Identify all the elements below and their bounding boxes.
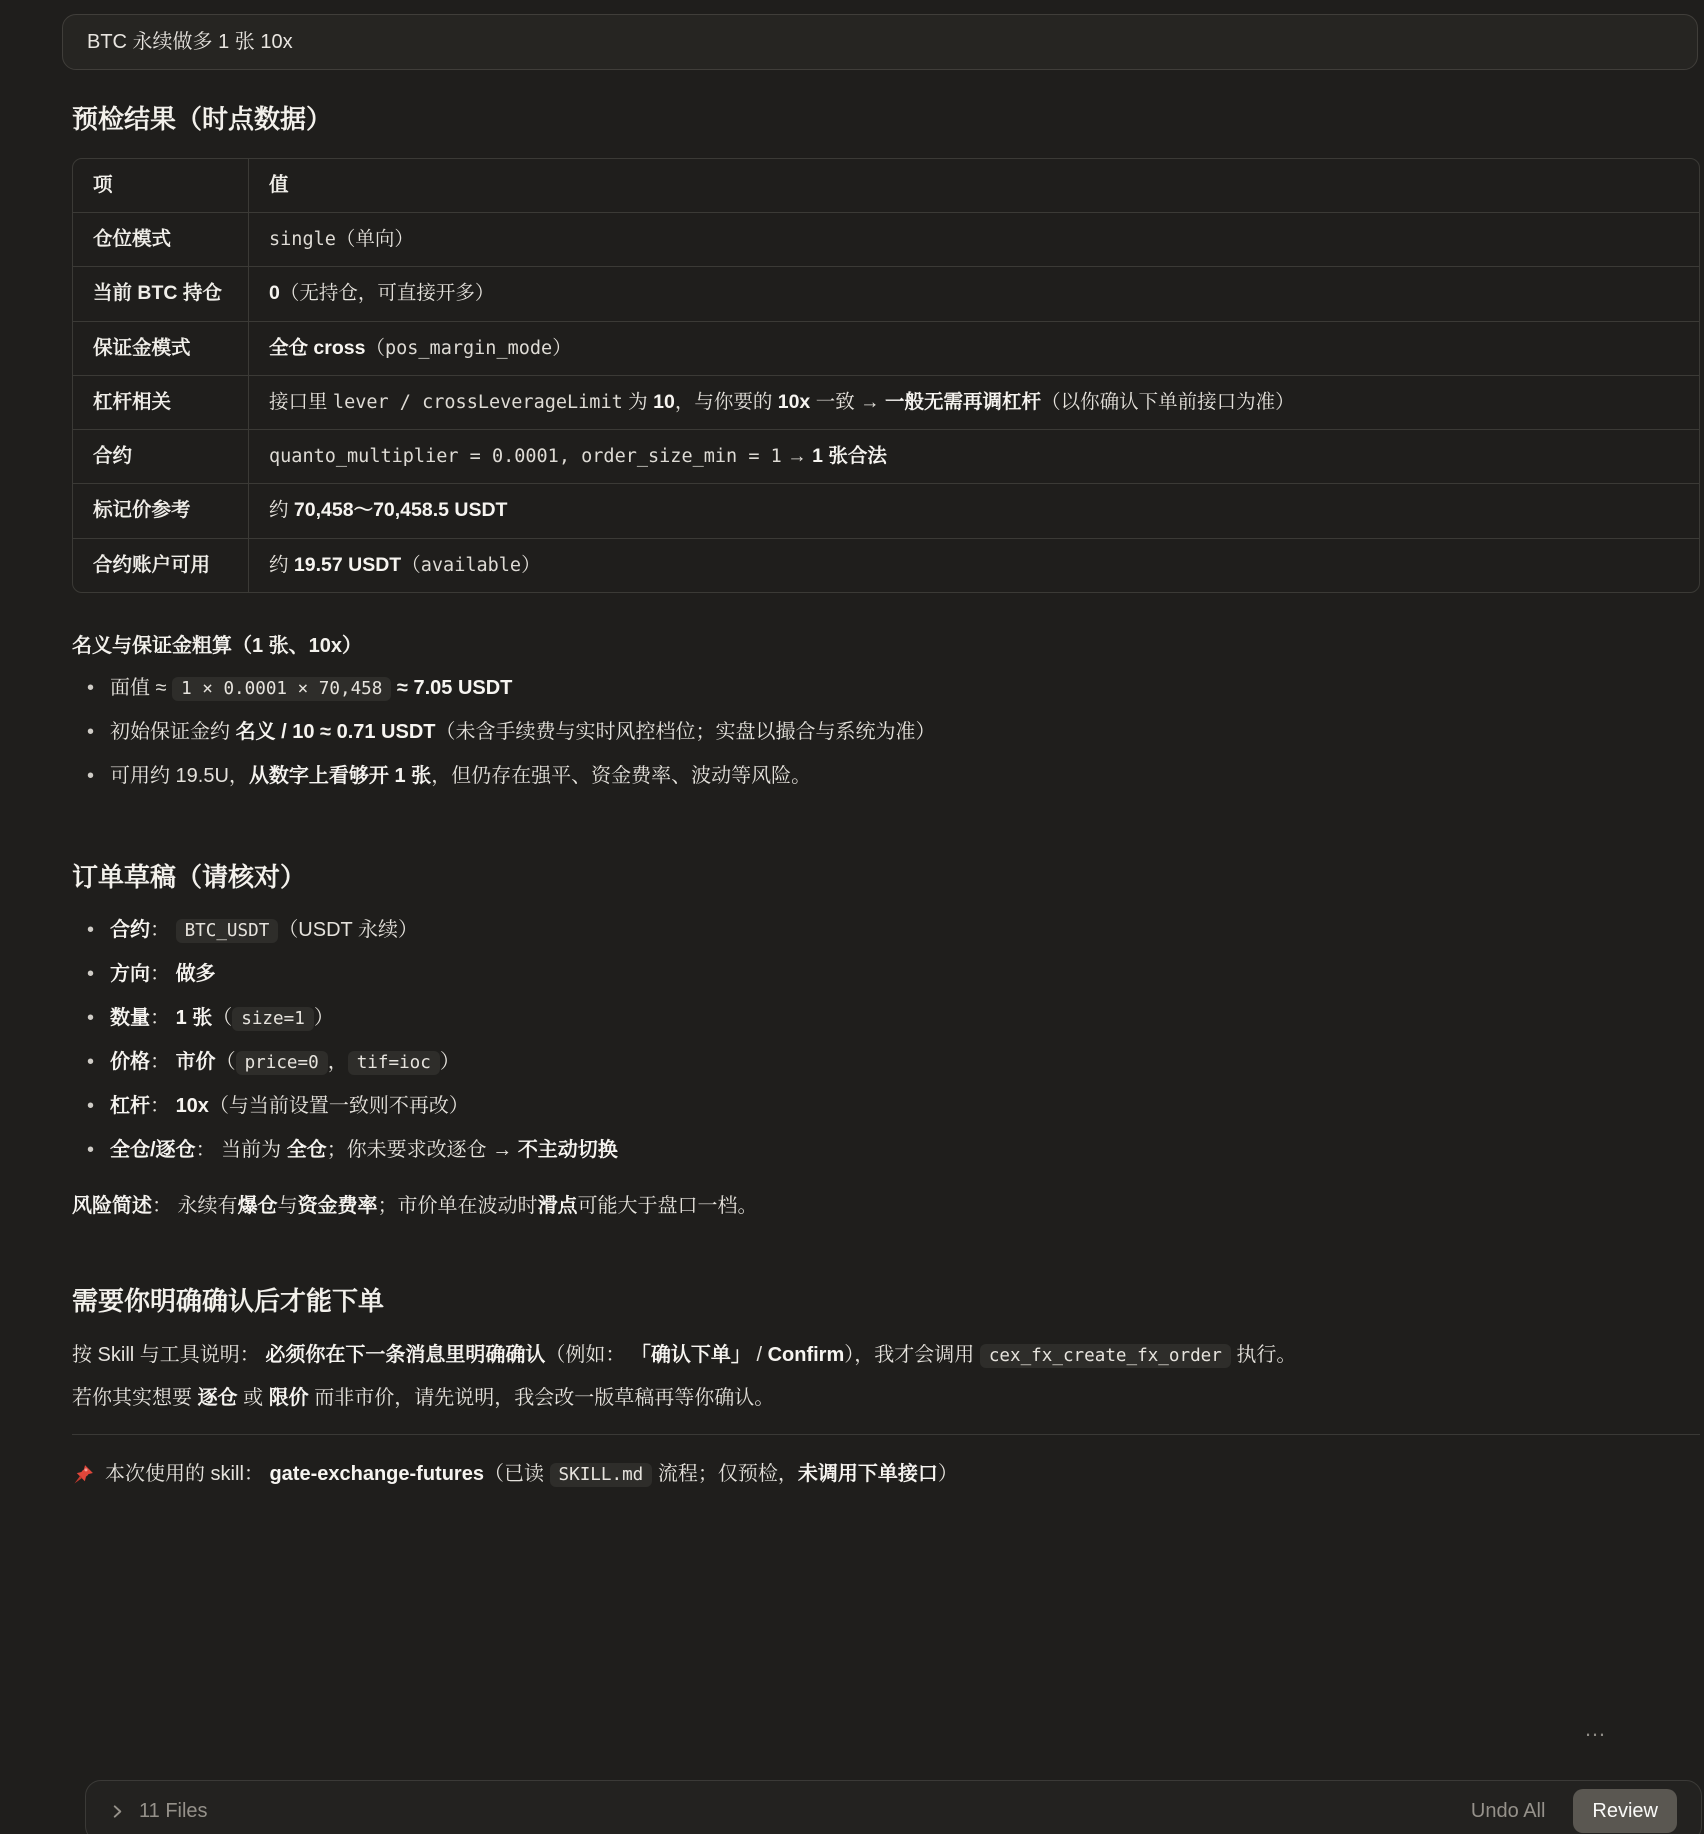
table-header-item: 项 — [73, 159, 249, 213]
row-value: 约 19.57 USDT（available） — [249, 538, 1699, 592]
table-header-value: 值 — [249, 159, 1699, 213]
review-button[interactable]: Review — [1573, 1789, 1677, 1833]
list-item: 可用约 19.5U，从数字上看够开 1 张，但仍存在强平、资金费率、波动等风险。 — [72, 761, 1700, 791]
risk-summary: 风险简述： 永续有爆仓与资金费率；市价单在波动时滑点可能大于盘口一档。 — [72, 1191, 1700, 1221]
table-row: 合约账户可用 约 19.57 USDT（available） — [73, 538, 1699, 592]
files-actions: Undo All Review — [1471, 1789, 1677, 1833]
list-item: 全仓/逐仓： 当前为 全仓；你未要求改逐仓 → 不主动切换 — [72, 1135, 1700, 1165]
row-label: 标记价参考 — [73, 483, 249, 537]
more-options-button[interactable]: … — [1584, 1712, 1608, 1745]
row-value: 约 70,458～70,458.5 USDT — [249, 483, 1699, 537]
margin-estimate-heading: 名义与保证金粗算（1 张、10x） — [72, 631, 1700, 661]
table-row: 标记价参考 约 70,458～70,458.5 USDT — [73, 483, 1699, 537]
files-count-label: 11 Files — [139, 1796, 208, 1826]
divider — [72, 1434, 1700, 1435]
table-header-row: 项 值 — [73, 159, 1699, 213]
files-panel: 11 Files Undo All Review — [85, 1780, 1702, 1834]
list-item: 价格： 市价（price=0，tif=ioc） — [72, 1047, 1700, 1077]
order-draft-heading: 订单草稿（请核对） — [72, 861, 1700, 895]
row-label: 仓位模式 — [73, 213, 249, 266]
skill-note-text: 本次使用的 skill： gate-exchange-futures（已读 SK… — [105, 1459, 958, 1489]
precheck-table: 项 值 仓位模式 single（单向） 当前 BTC 持仓 0（无持仓，可直接开… — [72, 158, 1700, 593]
confirmation-body: 按 Skill 与工具说明： 必须你在下一条消息里明确确认（例如： 「确认下单」… — [72, 1334, 1700, 1420]
margin-estimate-list: 面值 ≈ 1 × 0.0001 × 70,458 ≈ 7.05 USDT 初始保… — [72, 673, 1700, 791]
table-row: 合约 quanto_multiplier = 0.0001, order_siz… — [73, 429, 1699, 483]
row-value: quanto_multiplier = 0.0001, order_size_m… — [249, 429, 1699, 483]
user-message-bubble: BTC 永续做多 1 张 10x — [62, 14, 1698, 70]
row-value: 接口里 lever / crossLeverageLimit 为 10，与你要的… — [249, 375, 1699, 429]
row-value: single（单向） — [249, 213, 1699, 266]
chevron-right-icon — [110, 1804, 125, 1819]
order-draft-list: 合约： BTC_USDT（USDT 永续） 方向： 做多 数量： 1 张（siz… — [72, 915, 1700, 1165]
precheck-heading: 预检结果（时点数据） — [72, 103, 1700, 137]
confirmation-heading: 需要你明确确认后才能下单 — [72, 1285, 1700, 1319]
list-item: 初始保证金约 名义 / 10 ≈ 0.71 USDT（未含手续费与实时风控档位；… — [72, 717, 1700, 747]
skill-note: 本次使用的 skill： gate-exchange-futures（已读 SK… — [72, 1459, 1700, 1489]
row-label: 合约账户可用 — [73, 538, 249, 592]
list-item: 数量： 1 张（size=1） — [72, 1003, 1700, 1033]
pushpin-icon — [72, 1463, 95, 1486]
row-label: 当前 BTC 持仓 — [73, 266, 249, 320]
list-item: 面值 ≈ 1 × 0.0001 × 70,458 ≈ 7.05 USDT — [72, 673, 1700, 703]
row-label: 杠杆相关 — [73, 375, 249, 429]
row-value: 全仓 cross（pos_margin_mode） — [249, 321, 1699, 375]
table-row: 当前 BTC 持仓 0（无持仓，可直接开多） — [73, 266, 1699, 320]
list-item: 合约： BTC_USDT（USDT 永续） — [72, 915, 1700, 945]
list-item: 方向： 做多 — [72, 959, 1700, 989]
table-row: 仓位模式 single（单向） — [73, 213, 1699, 266]
list-item: 杠杆： 10x（与当前设置一致则不再改） — [72, 1091, 1700, 1121]
table-row: 杠杆相关 接口里 lever / crossLeverageLimit 为 10… — [73, 375, 1699, 429]
row-value: 0（无持仓，可直接开多） — [249, 266, 1699, 320]
table-row: 保证金模式 全仓 cross（pos_margin_mode） — [73, 321, 1699, 375]
files-toggle[interactable]: 11 Files — [110, 1796, 208, 1826]
row-label: 保证金模式 — [73, 321, 249, 375]
row-label: 合约 — [73, 429, 249, 483]
user-message-text: BTC 永续做多 1 张 10x — [87, 27, 293, 57]
undo-all-button[interactable]: Undo All — [1471, 1796, 1546, 1826]
assistant-response: 预检结果（时点数据） 项 值 仓位模式 single（单向） 当前 BTC 持仓… — [72, 103, 1700, 1489]
